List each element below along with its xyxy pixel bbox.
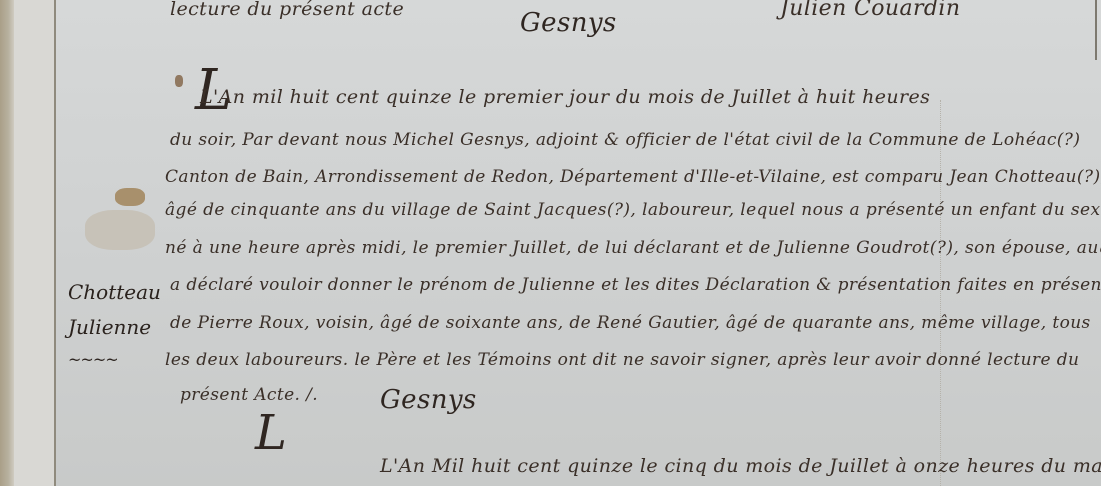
previous-entry-closing: lecture du présent acte [170, 0, 404, 20]
entry-line-3: Canton de Bain, Arrondissement de Redon,… [165, 167, 1101, 187]
next-entry-initial: L [255, 405, 287, 461]
paper-stain [85, 210, 155, 250]
page-edge [0, 0, 14, 486]
entry-line-2: du soir, Par devant nous Michel Gesnys, … [170, 130, 1080, 150]
entry-line-5: né à une heure après midi, le premier Ju… [165, 238, 1101, 258]
officer-signature-top: Gesnys [520, 8, 617, 38]
entry-line-7: de Pierre Roux, voisin, âgé de soixante … [170, 313, 1091, 333]
margin-flourish: ~~~~ [68, 350, 118, 369]
margin-surname: Chotteau [68, 280, 161, 304]
ink-blot [175, 75, 183, 87]
officer-signature: Gesnys [380, 385, 477, 415]
previous-entry-signature-right: Julien Couardin [780, 0, 960, 21]
frame-rule [1095, 0, 1097, 60]
binding-margin [14, 0, 56, 486]
entry-line-6: a déclaré vouloir donner le prénom de Ju… [170, 275, 1101, 295]
entry-line-9: présent Acte. /. [180, 385, 318, 405]
entry-line-4: âgé de cinquante ans du village de Saint… [165, 200, 1101, 220]
next-entry-line-1: L'An Mil huit cent quinze le cinq du moi… [380, 455, 1101, 477]
margin-given-name: Julienne [68, 315, 151, 339]
entry-line-1: L'An mil huit cent quinze le premier jou… [200, 86, 930, 108]
ink-stain [115, 188, 145, 206]
entry-line-8: les deux laboureurs. le Père et les Témo… [165, 350, 1079, 370]
